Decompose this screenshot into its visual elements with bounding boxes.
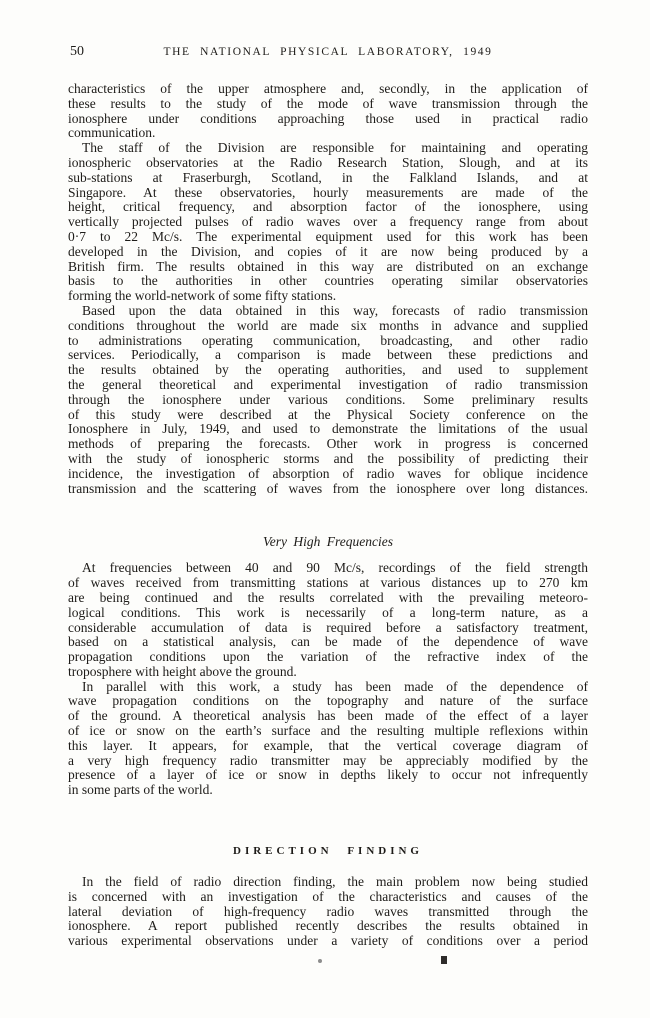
page-body: characteristics of the upper atmosphere … xyxy=(68,82,588,949)
text-line: In parallel with this work, a study has … xyxy=(68,680,588,695)
text-line: communication. xyxy=(68,126,588,141)
page-header: 50 THE NATIONAL PHYSICAL LABORATORY, 194… xyxy=(68,44,588,62)
scan-speck-icon xyxy=(318,959,322,963)
paragraph: In parallel with this work, a study has … xyxy=(68,680,588,798)
text-line: developed in the Division, and copies of… xyxy=(68,245,588,260)
text-line: At frequencies between 40 and 90 Mc/s, r… xyxy=(68,561,588,576)
paragraph: Based upon the data obtained in this way… xyxy=(68,304,588,496)
text-line: vertically projected pulses of radio wav… xyxy=(68,215,588,230)
text-line: incidence, the investigation of absorpti… xyxy=(68,467,588,482)
text-line: in some parts of the world. xyxy=(68,783,588,798)
text-line: through the ionosphere under various con… xyxy=(68,393,588,408)
text-line: to administrations operating communicati… xyxy=(68,334,588,349)
text-line: ionosphere under conditions approaching … xyxy=(68,112,588,127)
text-line: logical conditions. This work is necessa… xyxy=(68,606,588,621)
text-line: methods of preparing the forecasts. Othe… xyxy=(68,437,588,452)
text-line: The staff of the Division are responsibl… xyxy=(68,141,588,156)
paragraph: At frequencies between 40 and 90 Mc/s, r… xyxy=(68,561,588,679)
text-line: In the field of radio direction finding,… xyxy=(68,875,588,890)
text-line: characteristics of the upper atmosphere … xyxy=(68,82,588,97)
text-line: basis to the authorities in other countr… xyxy=(68,274,588,289)
paragraph: The staff of the Division are responsibl… xyxy=(68,141,588,304)
text-line: considerable accumulation of data is req… xyxy=(68,621,588,636)
text-line: 0·7 to 22 Mc/s. The experimental equipme… xyxy=(68,230,588,245)
text-line: Singapore. At these observatories, hourl… xyxy=(68,186,588,201)
paragraph: characteristics of the upper atmosphere … xyxy=(68,82,588,141)
text-line: transmission and the scattering of waves… xyxy=(68,482,588,497)
text-line: British firm. The results obtained in th… xyxy=(68,260,588,275)
text-line: Based upon the data obtained in this way… xyxy=(68,304,588,319)
paragraph: In the field of radio direction finding,… xyxy=(68,875,588,949)
text-line: the general theoretical and experimental… xyxy=(68,378,588,393)
text-line: forming the world-network of some fifty … xyxy=(68,289,588,304)
text-line: lateral deviation of high-frequency radi… xyxy=(68,905,588,920)
text-line: troposphere with height above the ground… xyxy=(68,665,588,680)
text-line: of this study were described at the Phys… xyxy=(68,408,588,423)
text-line: conditions throughout the world are made… xyxy=(68,319,588,334)
text-line: services. Periodically, a comparison is … xyxy=(68,348,588,363)
text-line: is concerned with an investigation of th… xyxy=(68,890,588,905)
text-line: based on a statistical analysis, can be … xyxy=(68,635,588,650)
text-line: are being continued and the results corr… xyxy=(68,591,588,606)
running-title: THE NATIONAL PHYSICAL LABORATORY, 1949 xyxy=(68,46,588,58)
text-line: sub-stations at Fraserburgh, Scotland, i… xyxy=(68,171,588,186)
text-line: these results to the study of the mode o… xyxy=(68,97,588,112)
text-line: of ice or snow on the earth’s surface an… xyxy=(68,724,588,739)
document-page: 50 THE NATIONAL PHYSICAL LABORATORY, 194… xyxy=(0,0,650,1018)
scan-speck-icon xyxy=(441,956,447,964)
text-line: presence of a layer of ice or snow in de… xyxy=(68,768,588,783)
text-line: of the ground. A theoretical analysis ha… xyxy=(68,709,588,724)
section-heading-very-high-frequencies: Very High Frequencies xyxy=(68,534,588,549)
text-line: this layer. It appears, for example, tha… xyxy=(68,739,588,754)
text-line: propagation conditions upon the variatio… xyxy=(68,650,588,665)
text-line: with the study of ionospheric storms and… xyxy=(68,452,588,467)
text-line: height, critical frequency, and absorpti… xyxy=(68,200,588,215)
text-line: Ionosphere in July, 1949, and used to de… xyxy=(68,422,588,437)
text-line: the results obtained by the operating au… xyxy=(68,363,588,378)
text-line: of waves received from transmitting stat… xyxy=(68,576,588,591)
text-line: various experimental observations under … xyxy=(68,934,588,949)
text-line: ionosphere. A report published recently … xyxy=(68,919,588,934)
text-line: ionospheric observatories at the Radio R… xyxy=(68,156,588,171)
text-line: wave propagation conditions on the topog… xyxy=(68,694,588,709)
section-heading-direction-finding: DIRECTION FINDING xyxy=(68,844,588,859)
text-line: a very high frequency radio transmitter … xyxy=(68,754,588,769)
